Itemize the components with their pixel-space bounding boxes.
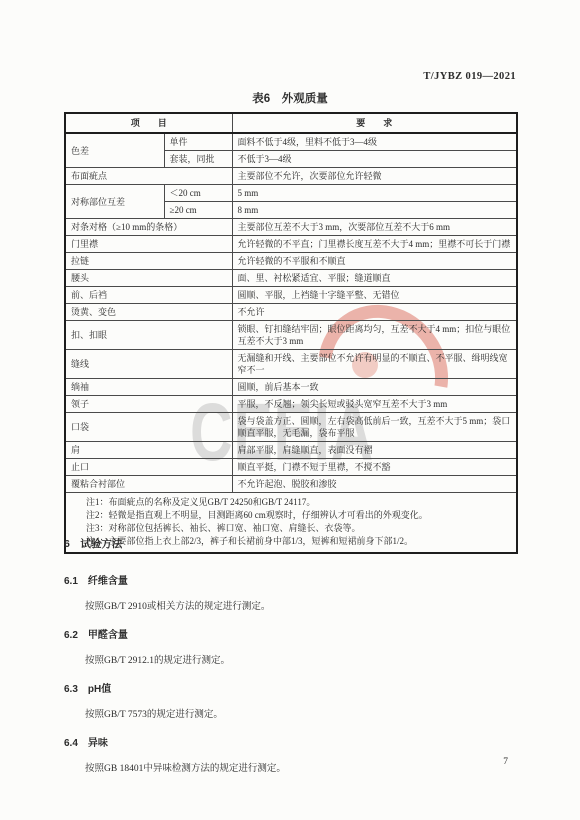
requirement-cell: 平服，不反翘；领尖长短或驳头宽窄互差不大于3 mm — [232, 396, 517, 413]
item-cell: 前、后裆 — [65, 287, 232, 304]
requirement-cell: 圆顺，前后基本一致 — [232, 379, 517, 396]
chapter-heading: 6 试验方法 — [64, 538, 516, 550]
requirement-cell: 不允许起泡、脱胶和渗胶 — [232, 476, 517, 493]
table-row: 绱袖 圆顺，前后基本一致 — [65, 379, 517, 396]
requirement-cell: 不低于3—4级 — [232, 151, 517, 168]
requirement-cell: 主要部位不允许，次要部位允许轻微 — [232, 168, 517, 185]
subsection-6-2: 6.2 甲醛含量 按照GB/T 2912.1的规定进行测定。 — [64, 630, 516, 667]
requirement-cell: 袋与袋盖方正、圆顺，左右袋高低前后一致，互差不大于5 mm；袋口顺直平服，无毛漏… — [232, 413, 517, 442]
item-cell: 肩 — [65, 442, 232, 459]
subsection-body: 按照GB/T 2912.1的规定进行测定。 — [64, 655, 516, 667]
table-row: 腰头 面、里、衬松紧适宜、平服；缝道顺直 — [65, 270, 517, 287]
requirement-cell: 圆顺、平服，上裆缝十字缝平整、无错位 — [232, 287, 517, 304]
sub-item-cell: 套装，同批 — [164, 151, 232, 168]
requirement-cell: 锁眼、钉扣缝结牢固；眼位距离均匀，互差不大于4 mm；扣位与眼位互差不大于3 m… — [232, 321, 517, 350]
subsection-body: 按照GB 18401中异味检测方法的规定进行测定。 — [64, 763, 516, 775]
table-row: 扣、扣眼 锁眼、钉扣缝结牢固；眼位距离均匀，互差不大于4 mm；扣位与眼位互差不… — [65, 321, 517, 350]
item-cell: 色差 — [65, 133, 164, 168]
table-row: 口袋 袋与袋盖方正、圆顺，左右袋高低前后一致，互差不大于5 mm；袋口顺直平服，… — [65, 413, 517, 442]
subsection-heading: 6.4 异味 — [64, 738, 516, 750]
item-cell: 烫黄、变色 — [65, 304, 232, 321]
requirement-cell: 顺直平挺，门襟不短于里襟，不搅不豁 — [232, 459, 517, 476]
table-row: 布面疵点 主要部位不允许，次要部位允许轻微 — [65, 168, 517, 185]
requirement-cell: 不允许 — [232, 304, 517, 321]
table-row: 对条对格（≥10 mm的条格） 主要部位互差不大于3 mm，次要部位互差不大于6… — [65, 219, 517, 236]
requirement-cell: 允许轻微的不平直；门里襟长度互差不大于4 mm；里襟不可长于门襟 — [232, 236, 517, 253]
document-page: CEEIA T/JYBZ 019—2021 表6 外观质量 项 目 要 求 色差… — [0, 0, 580, 820]
requirement-cell: 8 mm — [232, 202, 517, 219]
table-row: 领子 平服，不反翘；领尖长短或驳头宽窄互差不大于3 mm — [65, 396, 517, 413]
item-cell: 拉链 — [65, 253, 232, 270]
table-row: 烫黄、变色 不允许 — [65, 304, 517, 321]
item-cell: 止口 — [65, 459, 232, 476]
header-requirement-cell: 要 求 — [232, 113, 517, 133]
requirement-cell: 肩部平服，肩缝顺直，表面没有褶 — [232, 442, 517, 459]
table-row: 前、后裆 圆顺、平服，上裆缝十字缝平整、无错位 — [65, 287, 517, 304]
subsection-body: 按照GB/T 2910或相关方法的规定进行测定。 — [64, 601, 516, 613]
item-cell: 口袋 — [65, 413, 232, 442]
item-cell: 覆粘合衬部位 — [65, 476, 232, 493]
subsection-6-4: 6.4 异味 按照GB 18401中异味检测方法的规定进行测定。 — [64, 738, 516, 775]
subsection-body: 按照GB/T 7573的规定进行测定。 — [64, 709, 516, 721]
requirement-cell: 允许轻微的不平服和不顺直 — [232, 253, 517, 270]
item-cell: 对条对格（≥10 mm的条格） — [65, 219, 232, 236]
item-cell: 门里襟 — [65, 236, 232, 253]
table-row: 门里襟 允许轻微的不平直；门里襟长度互差不大于4 mm；里襟不可长于门襟 — [65, 236, 517, 253]
item-cell: 布面疵点 — [65, 168, 232, 185]
table-header-row: 项 目 要 求 — [65, 113, 517, 133]
header-item-cell: 项 目 — [65, 113, 232, 133]
subsection-6-1: 6.1 纤维含量 按照GB/T 2910或相关方法的规定进行测定。 — [64, 576, 516, 613]
subsection-heading: 6.3 pH值 — [64, 684, 516, 696]
table-title: 表6 外观质量 — [0, 90, 580, 106]
item-cell: 扣、扣眼 — [65, 321, 232, 350]
requirement-cell: 面料不低于4级，里料不低于3—4级 — [232, 133, 517, 151]
sub-item-cell: 单件 — [164, 133, 232, 151]
requirement-cell: 5 mm — [232, 185, 517, 202]
requirement-cell: 面、里、衬松紧适宜、平服；缝道顺直 — [232, 270, 517, 287]
table-row: 覆粘合衬部位 不允许起泡、脱胶和渗胶 — [65, 476, 517, 493]
table-row: 对称部位互差 ＜20 cm 5 mm — [65, 185, 517, 202]
requirement-cell: 主要部位互差不大于3 mm，次要部位互差不大于6 mm — [232, 219, 517, 236]
table-row: 止口 顺直平挺，门襟不短于里襟，不搅不豁 — [65, 459, 517, 476]
table-note: 注1：布面疵点的名称及定义见GB/T 24250和GB/T 24117。 — [86, 496, 510, 509]
item-cell: 绱袖 — [65, 379, 232, 396]
item-cell: 领子 — [65, 396, 232, 413]
doc-code: T/JYBZ 019—2021 — [423, 71, 516, 82]
subsection-heading: 6.2 甲醛含量 — [64, 630, 516, 642]
appearance-quality-table: 项 目 要 求 色差 单件 面料不低于4级，里料不低于3—4级 套装，同批 不低… — [64, 112, 518, 554]
sub-item-cell: ＜20 cm — [164, 185, 232, 202]
item-cell: 腰头 — [65, 270, 232, 287]
table-row: 肩 肩部平服，肩缝顺直，表面没有褶 — [65, 442, 517, 459]
item-cell: 对称部位互差 — [65, 185, 164, 219]
table-row: 缝线 无漏缝和开线、主要部位不允许有明显的不顺直、不平服、缉明线宽窄不一 — [65, 350, 517, 379]
requirement-cell: 无漏缝和开线、主要部位不允许有明显的不顺直、不平服、缉明线宽窄不一 — [232, 350, 517, 379]
table-note: 注2：轻微是指直观上不明显，目测距离60 cm观察时，仔细辨认才可看出的外观变化… — [86, 509, 510, 522]
table-row: 色差 单件 面料不低于4级，里料不低于3—4级 — [65, 133, 517, 151]
subsection-6-3: 6.3 pH值 按照GB/T 7573的规定进行测定。 — [64, 684, 516, 721]
sub-item-cell: ≥20 cm — [164, 202, 232, 219]
table-row: 拉链 允许轻微的不平服和不顺直 — [65, 253, 517, 270]
chapter-6: 6 试验方法 6.1 纤维含量 按照GB/T 2910或相关方法的规定进行测定。… — [64, 538, 516, 792]
item-cell: 缝线 — [65, 350, 232, 379]
table-note: 注3：对称部位包括裤长、袖长、裤口宽、袖口宽、肩缝长、衣袋等。 — [86, 522, 510, 535]
subsection-heading: 6.1 纤维含量 — [64, 576, 516, 588]
